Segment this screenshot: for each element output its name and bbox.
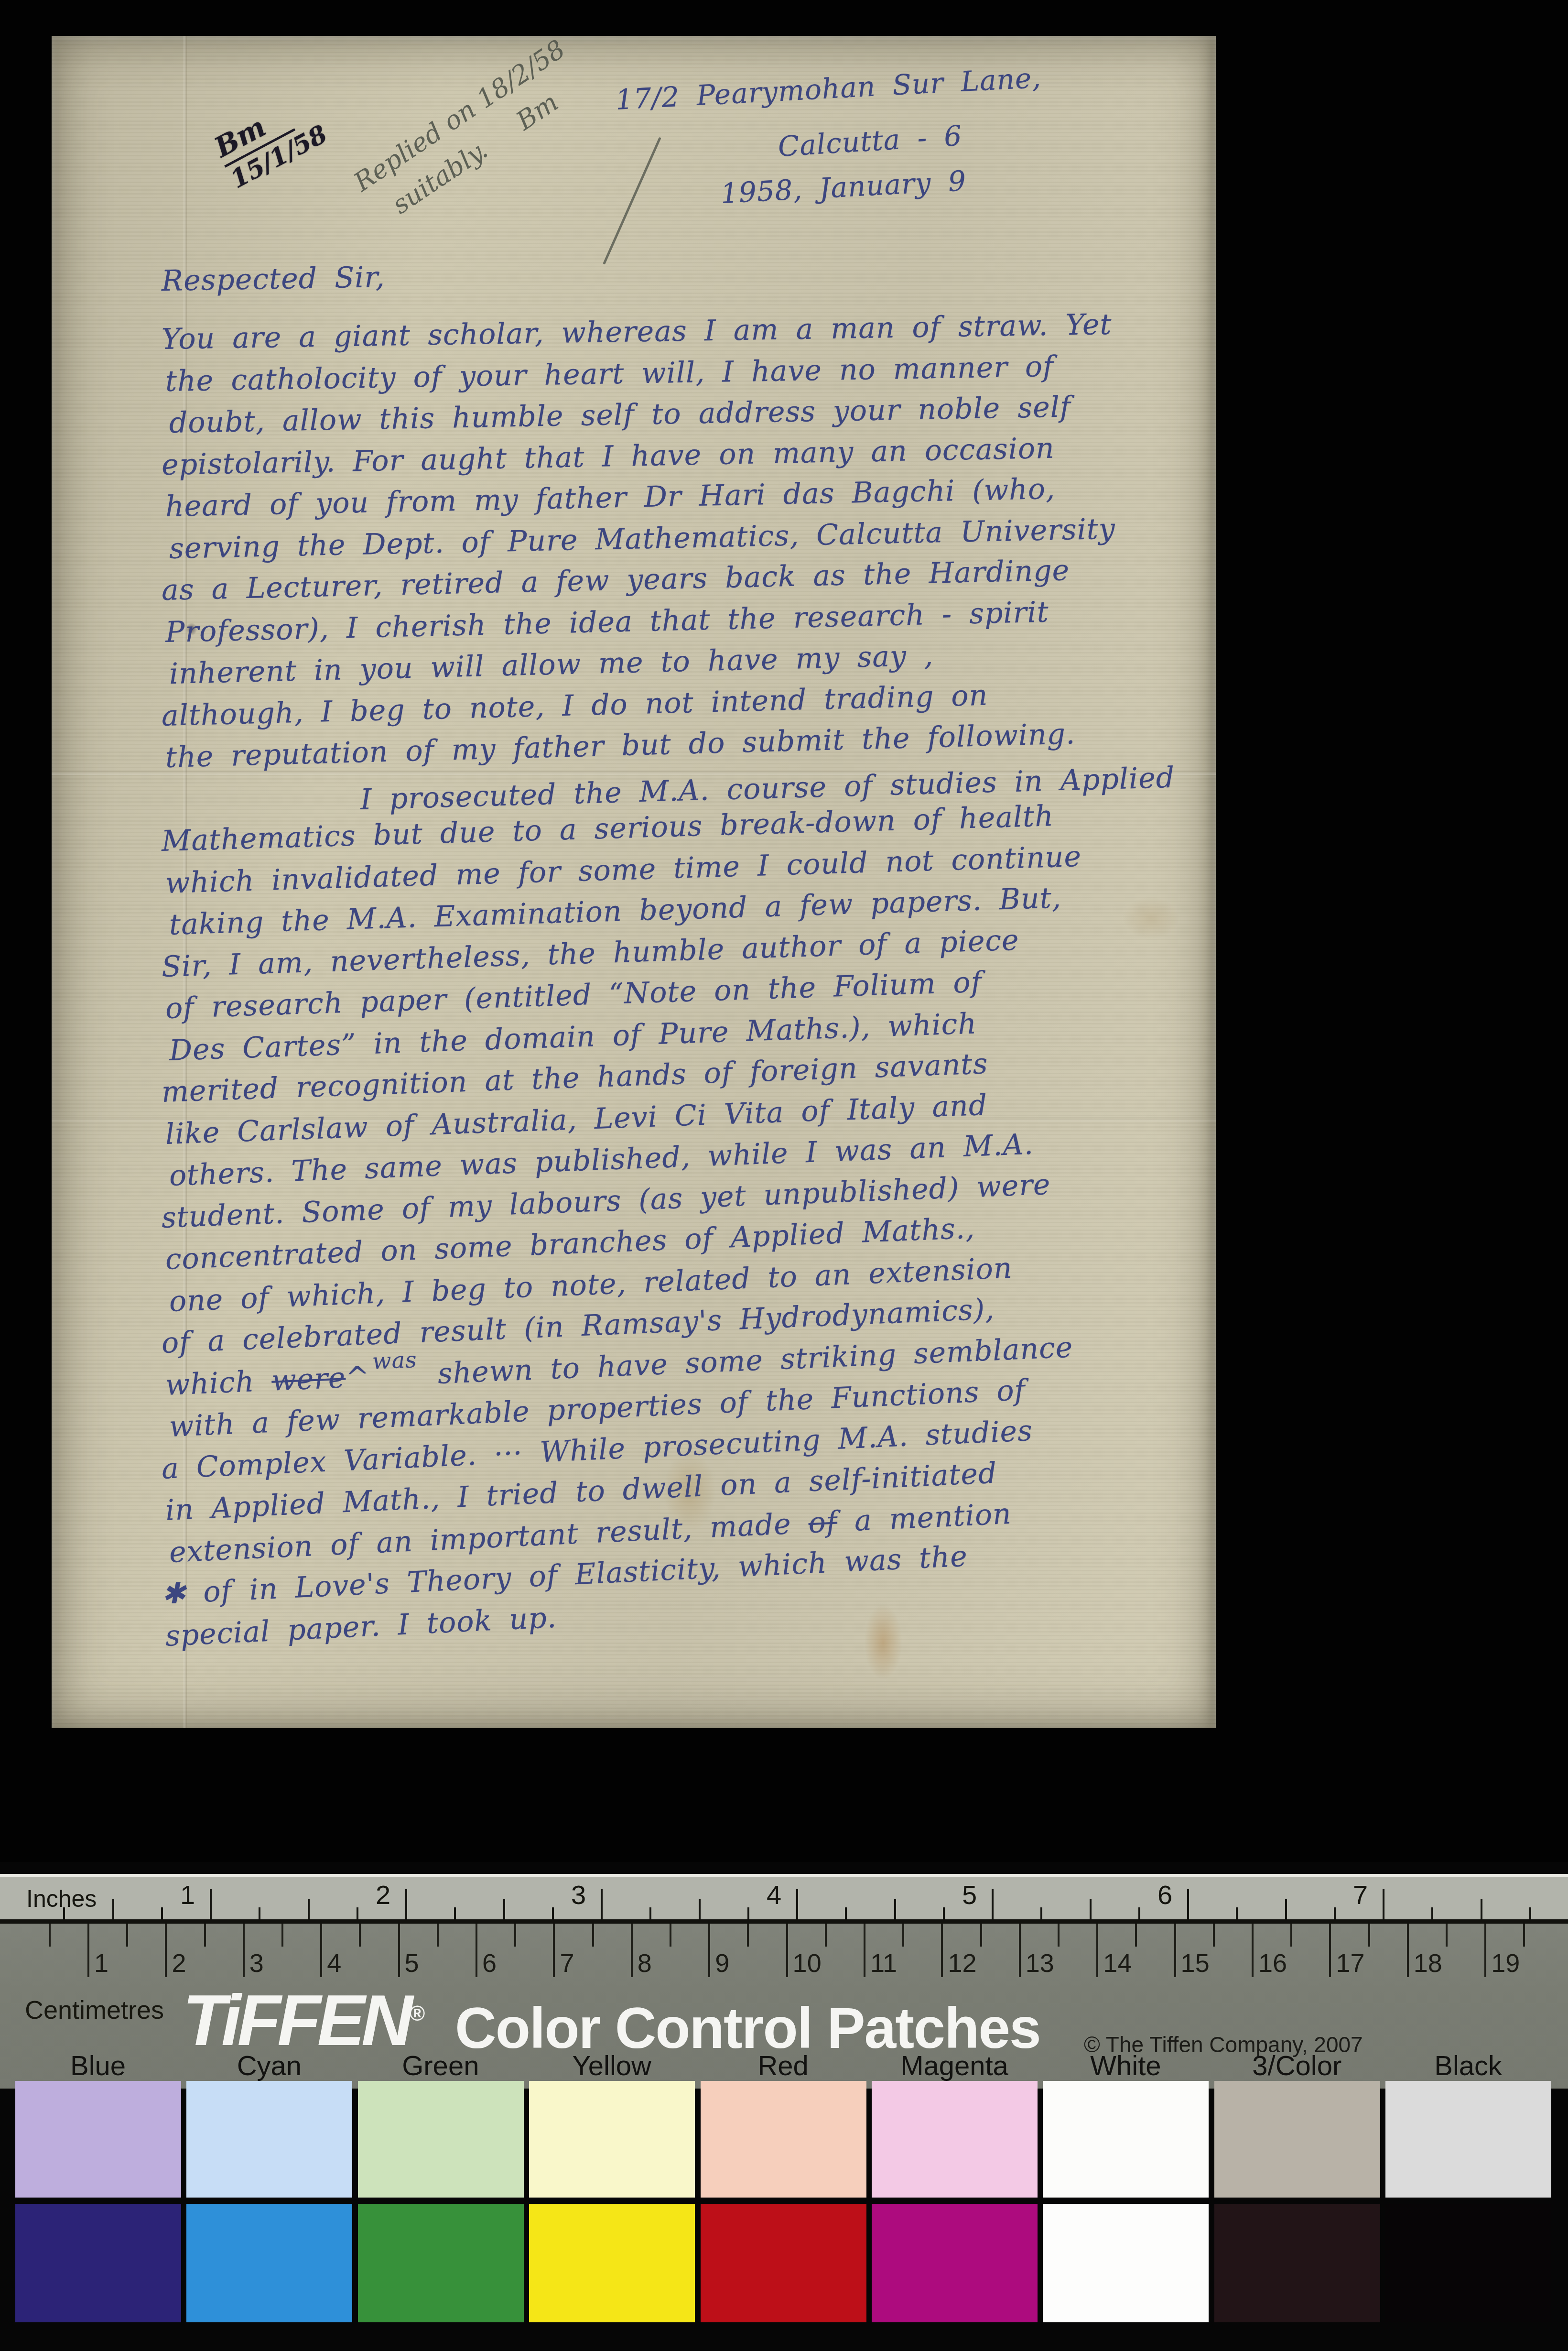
letter-page: Bm 15/1/58 Replied on 18/2/58 suitably. … bbox=[52, 36, 1216, 1728]
inch-tick bbox=[503, 1899, 505, 1919]
handwriting-text: the catholocity of your heart will, I ha… bbox=[165, 349, 1054, 398]
patch-label: Cyan bbox=[237, 2050, 302, 2082]
inch-tick bbox=[1481, 1899, 1482, 1919]
patch-pastel-white bbox=[1043, 2081, 1209, 2198]
handwriting-text: doubt, allow this humble self to address… bbox=[169, 390, 1071, 440]
paper-stain bbox=[1122, 896, 1179, 939]
cm-number: 10 bbox=[793, 1948, 822, 1978]
patch-solid-white bbox=[1043, 2204, 1209, 2322]
cm-tick bbox=[126, 1924, 128, 1947]
inches-label: Inches bbox=[26, 1885, 97, 1913]
cm-tick bbox=[320, 1924, 322, 1977]
struck-word: were bbox=[271, 1361, 346, 1397]
cm-number: 6 bbox=[482, 1948, 497, 1978]
address-line: 1958, January 9 bbox=[720, 164, 967, 210]
color-calibration-target: Inches 1234567 1234567891011121314151617… bbox=[0, 1862, 1568, 2351]
paper-stain bbox=[864, 1604, 902, 1680]
patch-solid-3color bbox=[1214, 2204, 1380, 2322]
cm-tick bbox=[165, 1924, 167, 1977]
inch-tick bbox=[1187, 1889, 1189, 1919]
cm-tick bbox=[1290, 1924, 1292, 1947]
inch-tick bbox=[454, 1907, 456, 1919]
inch-tick bbox=[1334, 1907, 1336, 1919]
cm-number: 9 bbox=[715, 1948, 729, 1978]
inch-tick bbox=[1529, 1907, 1531, 1919]
inch-tick bbox=[161, 1907, 163, 1919]
inch-tick bbox=[357, 1907, 358, 1919]
cm-number: 2 bbox=[172, 1948, 186, 1978]
inch-tick bbox=[1383, 1889, 1384, 1919]
cm-tick bbox=[592, 1924, 594, 1947]
scanned-letter-photo: Bm 15/1/58 Replied on 18/2/58 suitably. … bbox=[0, 0, 1568, 2351]
address-line: 17/2 Pearymohan Sur Lane, bbox=[615, 61, 1042, 116]
patch-pastel-yellow bbox=[529, 2081, 695, 2198]
inch-tick bbox=[845, 1907, 847, 1919]
address-line: Calcutta - 6 bbox=[777, 120, 963, 163]
inch-number: 1 bbox=[180, 1879, 195, 1910]
cm-tick bbox=[553, 1924, 555, 1977]
inch-tick bbox=[1040, 1907, 1042, 1919]
inch-tick bbox=[699, 1899, 701, 1919]
patch-label: White bbox=[1090, 2050, 1161, 2082]
patch-solid-red bbox=[701, 2204, 866, 2322]
cm-number: 7 bbox=[560, 1948, 574, 1978]
cm-number: 17 bbox=[1336, 1948, 1364, 1978]
cm-tick bbox=[1484, 1924, 1486, 1977]
inch-number: 5 bbox=[962, 1879, 977, 1910]
cm-number: 14 bbox=[1103, 1948, 1132, 1978]
cm-tick bbox=[87, 1924, 89, 1977]
inch-tick bbox=[1090, 1899, 1092, 1919]
cm-number: 15 bbox=[1181, 1948, 1210, 1978]
inch-tick bbox=[259, 1907, 260, 1919]
inch-tick bbox=[601, 1889, 603, 1919]
cm-tick bbox=[1523, 1924, 1525, 1947]
patch-label: Black bbox=[1434, 2050, 1502, 2082]
patch-pastel-3color bbox=[1214, 2081, 1380, 2198]
cm-tick bbox=[786, 1924, 788, 1977]
cm-number: 11 bbox=[870, 1948, 897, 1978]
cm-tick bbox=[747, 1924, 749, 1947]
cm-tick bbox=[49, 1924, 51, 1947]
patch-labels-row: BlueCyanGreenYellowRedMagentaWhite3/Colo… bbox=[0, 2050, 1568, 2085]
cm-tick bbox=[864, 1924, 865, 1977]
inch-number: 4 bbox=[767, 1879, 781, 1910]
inch-tick bbox=[1236, 1907, 1238, 1919]
patch-label: Magenta bbox=[900, 2050, 1008, 2082]
pencil-annotation: Replied on 18/2/58 suitably. Bm bbox=[346, 30, 595, 234]
registered-trademark-icon: ® bbox=[409, 2002, 424, 2025]
cm-tick bbox=[514, 1924, 516, 1947]
inch-tick bbox=[649, 1907, 651, 1919]
patch-pastel-black bbox=[1385, 2081, 1551, 2198]
cm-tick bbox=[941, 1924, 943, 1977]
cm-tick bbox=[359, 1924, 361, 1947]
inch-tick bbox=[796, 1889, 798, 1919]
cm-tick bbox=[281, 1924, 283, 1947]
cm-tick bbox=[980, 1924, 982, 1947]
inch-tick bbox=[894, 1899, 896, 1919]
pencil-slash-mark bbox=[603, 137, 661, 265]
handwriting-line: doubt, allow this humble self to address… bbox=[169, 390, 1071, 440]
handwriting-text: a mention bbox=[836, 1497, 1012, 1538]
cm-tick bbox=[902, 1924, 904, 1947]
patch-solid-black bbox=[1385, 2204, 1551, 2322]
archival-ink-annotation: Bm 15/1/58 bbox=[209, 87, 331, 193]
cm-tick bbox=[1446, 1924, 1448, 1947]
patch-pastel-red bbox=[701, 2081, 866, 2198]
patch-pastel-cyan bbox=[186, 2081, 352, 2198]
patch-label: Red bbox=[757, 2050, 808, 2082]
cm-number: 12 bbox=[948, 1948, 976, 1978]
cm-number: 16 bbox=[1258, 1948, 1287, 1978]
cm-tick bbox=[1096, 1924, 1098, 1977]
cm-tick bbox=[631, 1924, 633, 1977]
handwriting-text: epistolarily. For aught that I have on m… bbox=[161, 431, 1055, 481]
handwriting-line: special paper. I took up. bbox=[164, 1600, 557, 1653]
inch-tick bbox=[1138, 1907, 1140, 1919]
inserted-word: was bbox=[372, 1346, 418, 1374]
patch-solid-magenta bbox=[872, 2204, 1038, 2322]
inch-number: 6 bbox=[1157, 1879, 1172, 1910]
inch-tick bbox=[943, 1907, 945, 1919]
cm-tick bbox=[243, 1924, 245, 1977]
cm-number: 13 bbox=[1026, 1948, 1054, 1978]
handwriting-text: You are a giant scholar, whereas I am a … bbox=[161, 308, 1112, 356]
patch-pastel-blue bbox=[15, 2081, 181, 2198]
inch-tick bbox=[63, 1907, 65, 1919]
cm-tick bbox=[1058, 1924, 1060, 1947]
inch-tick bbox=[992, 1889, 994, 1919]
handwriting-text: special paper. I took up. bbox=[164, 1600, 557, 1653]
handwriting-text: ^ bbox=[345, 1360, 371, 1394]
cm-tick bbox=[1135, 1924, 1137, 1947]
cm-tick bbox=[204, 1924, 206, 1947]
patch-solid-blue bbox=[15, 2204, 181, 2322]
cm-number: 4 bbox=[327, 1948, 341, 1978]
cm-tick bbox=[1174, 1924, 1176, 1977]
patch-solid-yellow bbox=[529, 2204, 695, 2322]
cm-tick bbox=[708, 1924, 710, 1977]
patch-label: Yellow bbox=[572, 2050, 651, 2082]
cm-number: 5 bbox=[405, 1948, 419, 1978]
inch-tick bbox=[747, 1907, 749, 1919]
cm-number: 8 bbox=[638, 1948, 652, 1978]
brand-name: TiFFEN bbox=[183, 1980, 409, 2060]
cm-number: 3 bbox=[249, 1948, 264, 1978]
salutation: Respected Sir, bbox=[161, 261, 385, 298]
cm-number: 18 bbox=[1414, 1948, 1442, 1978]
cm-tick bbox=[670, 1924, 671, 1947]
cm-tick bbox=[825, 1924, 827, 1947]
cm-tick bbox=[1252, 1924, 1254, 1977]
inch-tick bbox=[1285, 1899, 1287, 1919]
patch-label: 3/Color bbox=[1252, 2050, 1341, 2082]
inch-ruler: Inches 1234567 bbox=[0, 1874, 1568, 1924]
patch-label: Green bbox=[402, 2050, 479, 2082]
inch-tick bbox=[552, 1907, 554, 1919]
handwriting-line: the catholocity of your heart will, I ha… bbox=[165, 349, 1054, 398]
patch-pastel-green bbox=[358, 2081, 524, 2198]
inch-tick bbox=[405, 1889, 407, 1919]
cm-tick bbox=[1407, 1924, 1409, 1977]
handwriting-text: which bbox=[165, 1364, 272, 1402]
cm-tick bbox=[1213, 1924, 1215, 1947]
handwriting-text: heard of you from my father Dr Hari das … bbox=[165, 472, 1055, 523]
struck-word: of bbox=[808, 1505, 838, 1540]
tiffen-card: 12345678910111213141516171819 Centimetre… bbox=[0, 1924, 1568, 2089]
cm-tick bbox=[1329, 1924, 1331, 1977]
patch-pastel-magenta bbox=[872, 2081, 1038, 2198]
patch-label: Blue bbox=[70, 2050, 126, 2082]
color-patches-grid bbox=[0, 2081, 1568, 2322]
cm-tick bbox=[1368, 1924, 1370, 1947]
inch-number: 7 bbox=[1353, 1879, 1368, 1910]
handwriting-line: You are a giant scholar, whereas I am a … bbox=[161, 308, 1112, 356]
cm-tick bbox=[476, 1924, 477, 1977]
inch-tick bbox=[1431, 1907, 1433, 1919]
pencil-note-initials: Bm bbox=[511, 87, 564, 136]
inch-number: 2 bbox=[376, 1879, 390, 1910]
cm-number: 1 bbox=[94, 1948, 108, 1978]
handwriting-line: epistolarily. For aught that I have on m… bbox=[161, 431, 1055, 481]
inch-tick bbox=[210, 1889, 212, 1919]
cm-number: 19 bbox=[1491, 1948, 1520, 1978]
inch-tick bbox=[308, 1899, 310, 1919]
handwriting-line: heard of you from my father Dr Hari das … bbox=[165, 472, 1055, 523]
cm-tick bbox=[437, 1924, 439, 1947]
centimetres-label: Centimetres bbox=[25, 1995, 164, 2025]
cm-tick bbox=[1019, 1924, 1021, 1977]
patch-solid-green bbox=[358, 2204, 524, 2322]
inch-number: 3 bbox=[571, 1879, 586, 1910]
patch-solid-cyan bbox=[186, 2204, 352, 2322]
inch-tick bbox=[112, 1899, 114, 1919]
cm-tick bbox=[398, 1924, 400, 1977]
